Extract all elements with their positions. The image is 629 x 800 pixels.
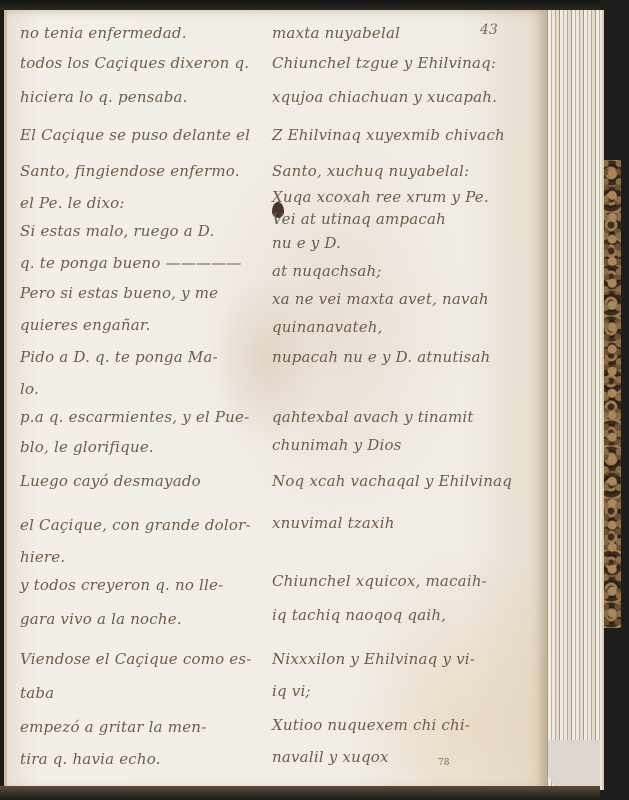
translation-line: Nixxxilon y Ehilvinaq y vi-: [272, 650, 475, 668]
spanish-line: Santo, fingiendose enfermo.: [20, 162, 240, 180]
translation-line: Z Ehilvinaq xuyexmib chivach: [272, 126, 505, 144]
spanish-line: taba: [20, 684, 54, 702]
translation-line: quinanavateh,: [272, 318, 383, 336]
translation-line: Xutioo nuquexem chi chi-: [272, 716, 470, 734]
translation-line: xqujoa chiachuan y xucapah.: [272, 88, 497, 106]
translation-line: qahtexbal avach y tinamit: [272, 408, 474, 426]
spanish-line: blo, le glorifique.: [20, 438, 154, 456]
spanish-line: gara vivo a la noche.: [20, 610, 182, 628]
spanish-line: tira q. havia echo.: [20, 750, 161, 768]
spanish-line: todos los Caçiques dixeron q.: [20, 54, 249, 72]
translation-line: Xuqa xcoxah ree xrum y Pe.: [272, 188, 489, 206]
spanish-line: Pero si estas bueno, y me: [20, 284, 218, 302]
spanish-line: empezó a gritar la men-: [20, 718, 206, 736]
translation-line: nupacah nu e y D. atnutisah: [272, 348, 490, 366]
translation-line: nu e y D.: [272, 234, 341, 252]
translation-line: Chiunchel xquicox, macaih-: [272, 572, 487, 590]
spanish-line: Si estas malo, ruego a D.: [20, 222, 214, 240]
spanish-line: y todos creyeron q. no lle-: [20, 576, 223, 594]
spanish-line: el Caçique, con grande dolor-: [20, 516, 251, 534]
translation-line: Chiunchel tzgue y Ehilvinaq:: [272, 54, 496, 72]
translation-line: navalil y xuqox: [272, 748, 389, 766]
spanish-line: hiciera lo q. pensaba.: [20, 88, 188, 106]
translation-line: iq vi;: [272, 682, 311, 700]
spanish-line: Viendose el Caçique como es-: [20, 650, 252, 668]
translation-line: xnuvimal tzaxih: [272, 514, 395, 532]
spanish-line: Pido a D. q. te ponga Ma-: [20, 348, 218, 366]
translation-line: at nuqachsah;: [272, 262, 382, 280]
spanish-line: lo.: [20, 380, 39, 398]
translation-line: Noq xcah vachaqal y Ehilvinaq: [272, 472, 512, 490]
spanish-line: q. te ponga bueno —————: [20, 254, 242, 272]
translation-line: Vei at utinaq ampacah: [272, 210, 446, 228]
spanish-line: no tenia enfermedad.: [20, 24, 187, 42]
spanish-line: p.a q. escarmientes, y el Pue-: [20, 408, 249, 426]
translation-line: maxta nuyabelal: [272, 24, 400, 42]
spanish-line: El Caçique se puso delante el: [20, 126, 250, 144]
translation-line: Santo, xuchuq nuyabelal:: [272, 162, 469, 180]
translation-line: chunimah y Dios: [272, 436, 402, 454]
spanish-line: quieres engañar.: [20, 316, 151, 334]
spanish-line: el Pe. le dixo:: [20, 194, 125, 212]
manuscript-text: no tenia enfermedad.todos los Caçiques d…: [0, 0, 629, 800]
spanish-line: Luego cayó desmayado: [20, 472, 201, 490]
translation-line: xa ne vei maxta avet, navah: [272, 290, 489, 308]
spanish-line: hiere.: [20, 548, 65, 566]
translation-line: iq tachiq naoqoq qaih,: [272, 606, 446, 624]
